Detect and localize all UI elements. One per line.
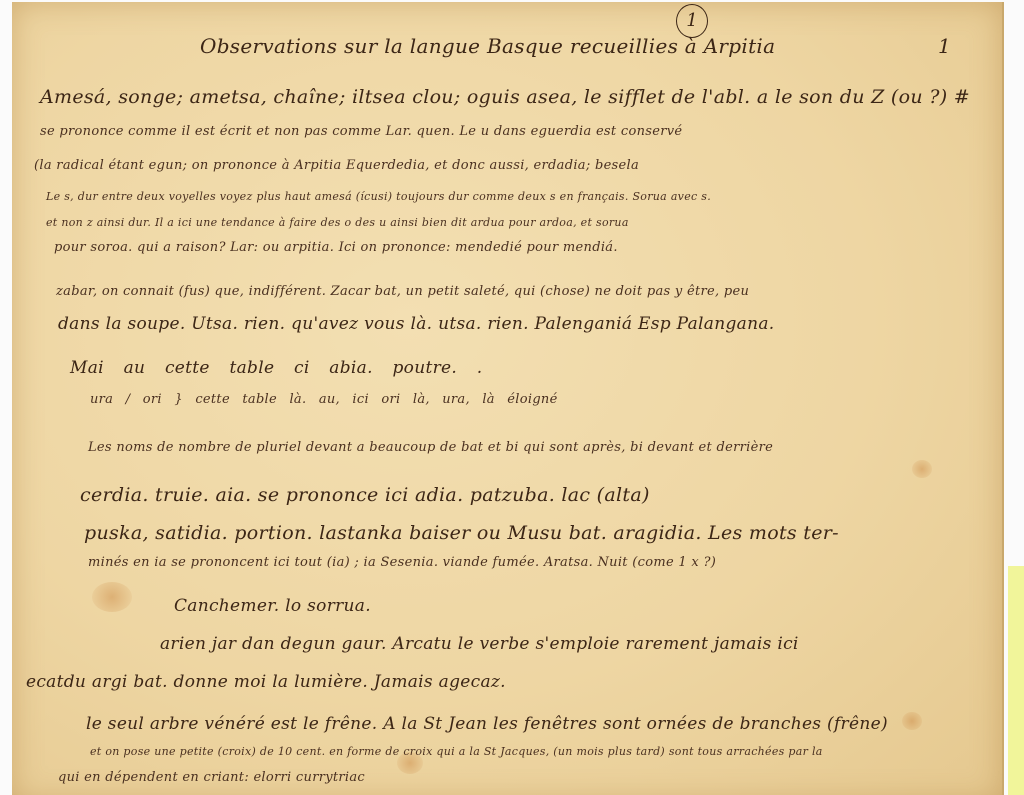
text-line: (la radical étant egun; on prononce à Ar… [34, 158, 639, 173]
text-line: minés en ia se prononcent ici tout (ia) … [88, 555, 716, 570]
text-line: Mai au cette table ci abia. poutre. . [70, 358, 483, 378]
text-line: pour soroa. qui a raison? Lar: ou arpiti… [54, 240, 618, 255]
corner-page-number: 1 [938, 34, 951, 58]
text-line: et on pose une petite (croix) de 10 cent… [90, 745, 823, 758]
text-line: dans la soupe. Utsa. rien. qu'avez vous … [58, 314, 774, 334]
text-line: Les noms de nombre de pluriel devant a b… [88, 440, 773, 455]
text-line: le seul arbre vénéré est le frêne. A la … [86, 714, 888, 734]
text-line: se prononce comme il est écrit et non pa… [40, 124, 682, 139]
text-line: zabar, on connait (fus) que, indifférent… [56, 284, 749, 299]
text-line: ura / ori } cette table là. au, ici ori … [90, 392, 558, 407]
circled-page-number: 1 [676, 4, 708, 38]
text-line: Amesá, songe; ametsa, chaîne; iltsea clo… [40, 86, 970, 108]
text-line: puska, satidia. portion. lastanka baiser… [84, 522, 839, 544]
stain [912, 460, 932, 478]
page-title: Observations sur la langue Basque recuei… [200, 34, 775, 58]
text-line: ecatdu argi bat. donne moi la lumière. J… [26, 672, 506, 692]
text-line: Canchemer. lo sorrua. [174, 596, 371, 616]
stain [92, 582, 132, 612]
text-line: et non z ainsi dur. Il a ici une tendanc… [46, 216, 629, 229]
text-line: qui en dépendent en criant: elorri curry… [58, 770, 365, 785]
text-line: Le s, dur entre deux voyelles voyez plus… [46, 190, 711, 203]
text-line: arien jar dan degun gaur. Arcatu le verb… [160, 634, 799, 654]
sticky-note [1008, 566, 1024, 795]
text-line: cerdia. truie. aia. se prononce ici adia… [80, 484, 650, 506]
stain [902, 712, 922, 730]
